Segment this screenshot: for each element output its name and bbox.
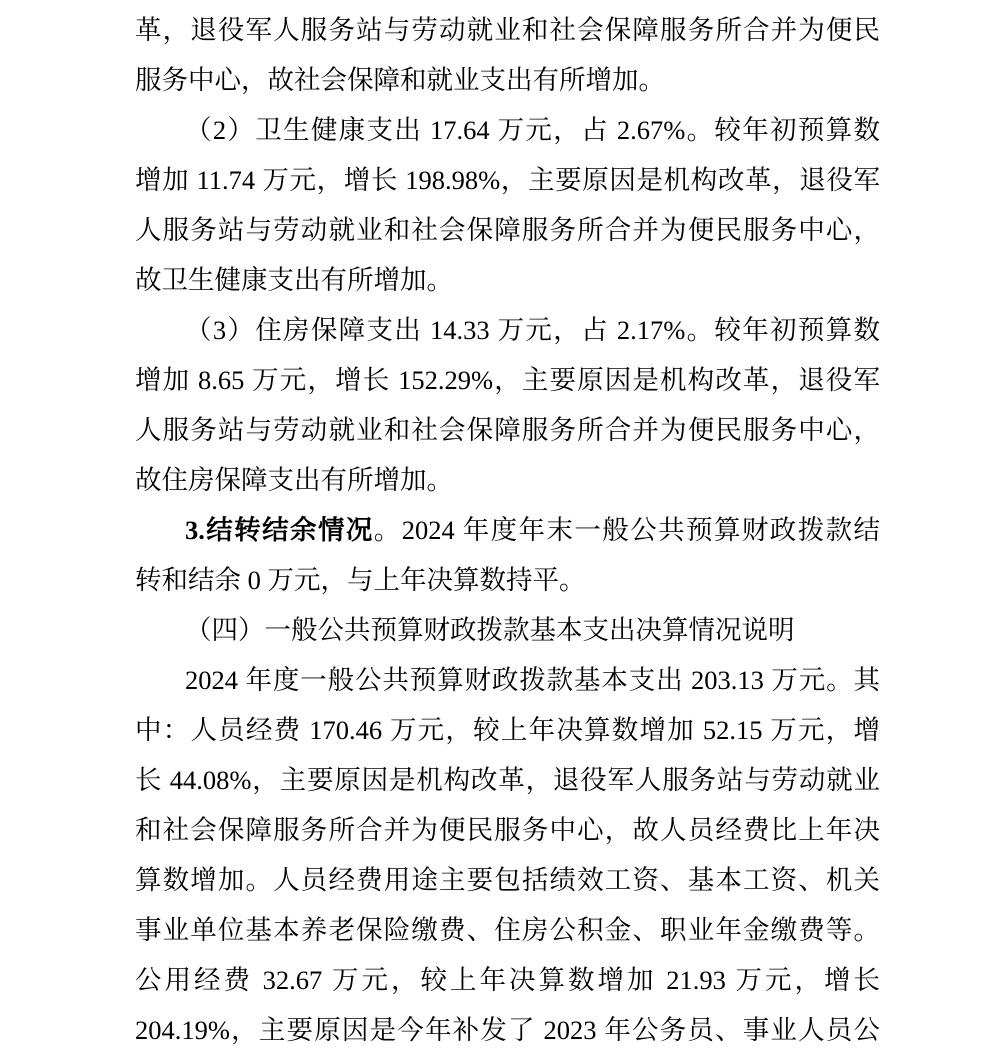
text-line: 和社会保障服务所合并为便民服务中心，故人员经费比上年决 [135, 805, 880, 855]
text-line: 长 44.08%，主要原因是机构改革，退役军人服务站与劳动就业 [135, 755, 880, 805]
line-text: 。2024 年度年末一般公共预算财政拨款结 [374, 515, 880, 545]
text-line: 故住房保障支出有所增加。 [135, 455, 880, 505]
text-line: 故卫生健康支出有所增加。 [135, 255, 880, 305]
section-heading-basic-expenditure: （四）一般公共预算财政拨款基本支出决算情况说明 [135, 605, 880, 655]
text-line: 增加 8.65 万元，增长 152.29%，主要原因是机构改革，退役军 [135, 355, 880, 405]
text-line: （2）卫生健康支出 17.64 万元，占 2.67%。较年初预算数 [135, 105, 880, 155]
text-line: 增加 11.74 万元，增长 198.98%，主要原因是机构改革，退役军 [135, 155, 880, 205]
text-line: 算数增加。人员经费用途主要包括绩效工资、基本工资、机关 [135, 855, 880, 905]
text-line: 204.19%，主要原因是今年补发了 2023 年公务员、事业人员公 [135, 1005, 880, 1055]
text-line: 人服务站与劳动就业和社会保障服务所合并为便民服务中心， [135, 205, 880, 255]
text-line: 3.结转结余情况。2024 年度年末一般公共预算财政拨款结 [135, 505, 880, 555]
text-line: 人服务站与劳动就业和社会保障服务所合并为便民服务中心， [135, 405, 880, 455]
text-line: 服务中心，故社会保障和就业支出有所增加。 [135, 55, 880, 105]
text-line: （3）住房保障支出 14.33 万元，占 2.17%。较年初预算数 [135, 305, 880, 355]
text-line: 2024 年度一般公共预算财政拨款基本支出 203.13 万元。其 [135, 655, 880, 705]
text-line: 事业单位基本养老保险缴费、住房公积金、职业年金缴费等。 [135, 905, 880, 955]
text-line: 中：人员经费 170.46 万元，较上年决算数增加 52.15 万元，增 [135, 705, 880, 755]
text-line: 公用经费 32.67 万元，较上年决算数增加 21.93 万元，增长 [135, 955, 880, 1005]
section-heading-carryover: 3.结转结余情况 [185, 515, 374, 545]
text-line: 转和结余 0 万元，与上年决算数持平。 [135, 555, 880, 605]
document-page: 革，退役军人服务站与劳动就业和社会保障服务所合并为便民 服务中心，故社会保障和就… [0, 0, 1000, 1055]
text-line: 革，退役军人服务站与劳动就业和社会保障服务所合并为便民 [135, 5, 880, 55]
